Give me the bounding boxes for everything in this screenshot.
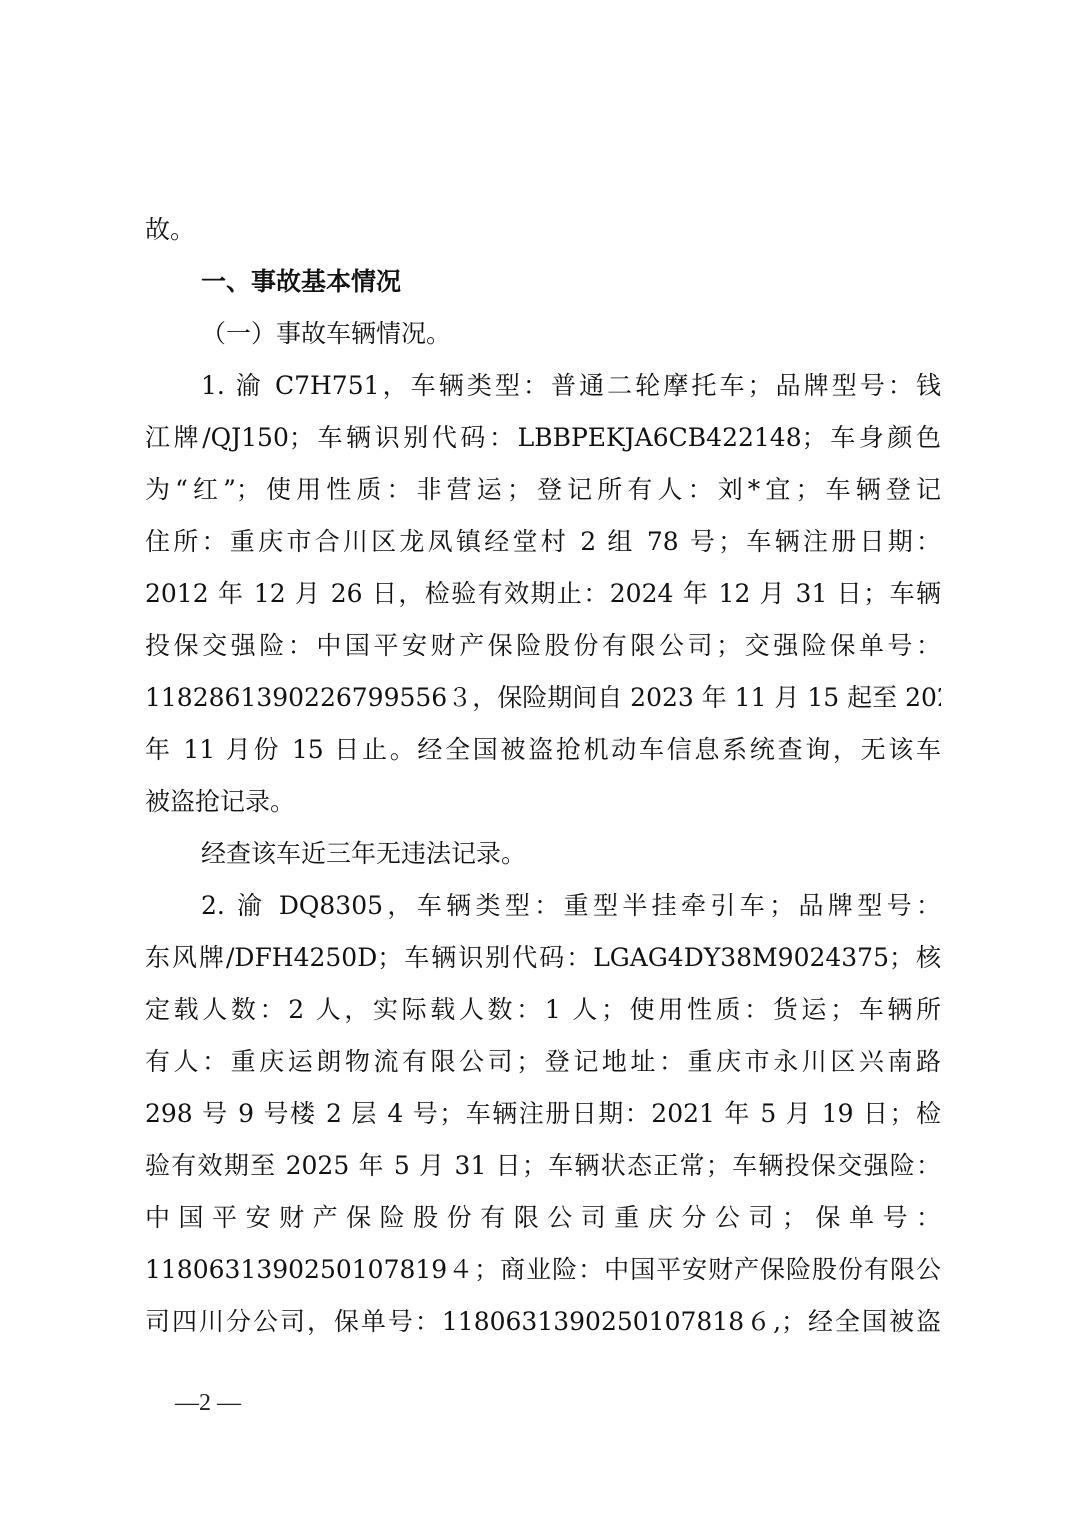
- text-line: 司四川分公司，保单号：1180631390250107818６,；经全国被盗: [145, 1296, 941, 1348]
- text-line: 被盗抢记录。: [145, 776, 941, 828]
- vehicle-1-paragraph: 1. 渝 C7H751，车辆类型：普通二轮摩托车；品牌型号：钱 江牌/QJ150…: [145, 360, 941, 828]
- section-heading: 一、事故基本情况: [145, 256, 941, 308]
- paragraph-continuation: 故。: [145, 204, 941, 256]
- text-line: 住所：重庆市合川区龙凤镇经堂村 2 组 78 号；车辆注册日期：: [145, 516, 941, 568]
- text-line: 江牌/QJ150；车辆识别代码：LBBPEKJA6CB422148；车身颜色: [145, 412, 941, 464]
- text-line: 中国平安财产保险股份有限公司重庆分公司；保单号：: [145, 1192, 941, 1244]
- text-line: 1180631390250107819４；商业险：中国平安财产保险股份有限公: [145, 1244, 941, 1296]
- subsection-heading: （一）事故车辆情况。: [145, 308, 941, 360]
- text-line: 有人：重庆运朗物流有限公司；登记地址：重庆市永川区兴南路: [145, 1036, 941, 1088]
- page-number: —2 —: [175, 1390, 241, 1417]
- text-line: 1. 渝 C7H751，车辆类型：普通二轮摩托车；品牌型号：钱: [145, 360, 941, 412]
- text-line: 年 11 月份 15 日止。经全国被盗抢机动车信息系统查询，无该车: [145, 724, 941, 776]
- vehicle-2-paragraph: 2. 渝 DQ8305，车辆类型：重型半挂牵引车；品牌型号： 东风牌/DFH42…: [145, 880, 941, 1348]
- vehicle-1-violations: 经查该车近三年无违法记录。: [145, 828, 941, 880]
- text-line: 298 号 9 号楼 2 层 4 号；车辆注册日期：2021 年 5 月 19 …: [145, 1088, 941, 1140]
- text-line: 1182861390226799556３，保险期间自 2023 年 11 月 1…: [145, 672, 941, 724]
- text-line: 为“红”；使用性质：非营运；登记所有人：刘*宜；车辆登记: [145, 464, 941, 516]
- text-line: 2. 渝 DQ8305，车辆类型：重型半挂牵引车；品牌型号：: [145, 880, 941, 932]
- document-page: 故。 一、事故基本情况 （一）事故车辆情况。 1. 渝 C7H751，车辆类型：…: [145, 204, 941, 1348]
- text-line: 投保交强险：中国平安财产保险股份有限公司；交强险保单号：: [145, 620, 941, 672]
- text-line: 东风牌/DFH4250D；车辆识别代码：LGAG4DY38M9024375；核: [145, 932, 941, 984]
- text-line: 验有效期至 2025 年 5 月 31 日；车辆状态正常；车辆投保交强险：: [145, 1140, 941, 1192]
- text-line: 定载人数：2 人，实际载人数：1 人；使用性质：货运；车辆所: [145, 984, 941, 1036]
- text-line: 2012 年 12 月 26 日，检验有效期止：2024 年 12 月 31 日…: [145, 568, 941, 620]
